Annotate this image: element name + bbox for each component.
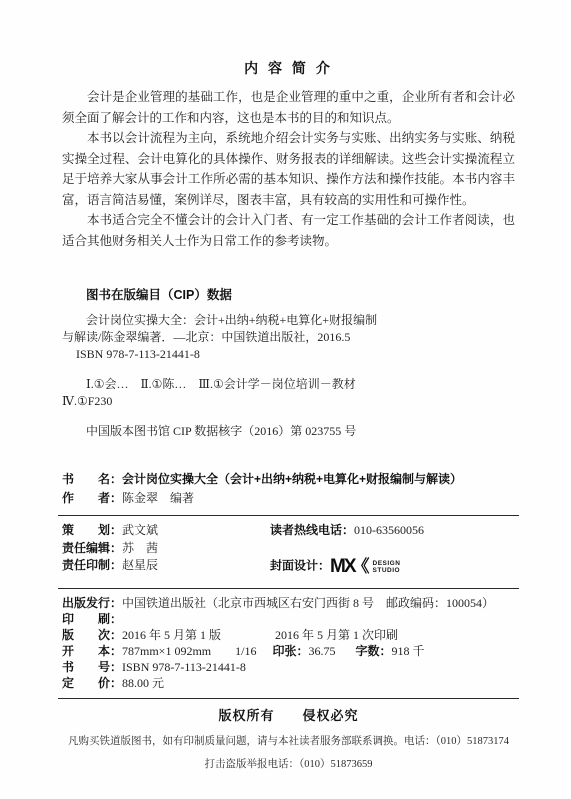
isbn-label: 书 号：: [62, 660, 122, 674]
piracy-hotline-note: 打击盗版举报电话：（010）51873659: [62, 756, 515, 771]
book-title-label: 书 名：: [62, 472, 122, 486]
logo-word-studio: STUDIO: [373, 567, 401, 574]
cip-line: 与解读/陈金翠编著．—北京：中国铁道出版社，2016.5: [62, 329, 515, 346]
printer-row: 责任印制：赵星辰 封面设计：MX《DESIGNSTUDIO: [62, 557, 515, 581]
price-row: 定 价：88.00 元: [62, 675, 515, 691]
edition-value: 2016 年 5 月第 1 版: [122, 628, 221, 642]
isbn-value: ISBN 978-7-113-21441-8: [122, 660, 246, 674]
publisher-label: 出版发行：: [62, 596, 122, 610]
cover-design-label: 封面设计：: [270, 558, 330, 572]
publishing-section: 出版发行：中国铁道出版社（北京市西城区右安门西街 8 号 邮政编码：100054…: [62, 595, 515, 691]
format-label: 开 本：: [62, 644, 122, 658]
planner-row: 策 划：武文斌 读者热线电话：010-63560056: [62, 522, 515, 540]
format-row: 开 本：787mm×1 092mm 1/16印张：36.75字数：918 千: [62, 643, 515, 659]
price-label: 定 价：: [62, 676, 122, 690]
editor-label: 责任编辑：: [62, 541, 122, 555]
book-info-section: 书 名：会计岗位实操大全（会计+出纳+纳税+电算化+财报编制与解读） 作 者：陈…: [62, 470, 515, 508]
printer-label: 责任印制：: [62, 558, 122, 572]
impression-value: 2016 年 5 月第 1 次印刷: [275, 627, 398, 643]
mx-design-studio-logo: MX《DESIGNSTUDIO: [330, 557, 400, 576]
book-copyright-page: 内 容 简 介 会计是企业管理的基础工作，也是企业管理的重中之重，企业所有者和会…: [0, 0, 571, 799]
cover-design: 封面设计：MX《DESIGNSTUDIO: [270, 557, 400, 576]
summary-paragraph: 本书以会计流程为主向，系统地介绍会计实务与实账、出纳实务与实账、纳税实操全过程、…: [62, 128, 515, 210]
divider-rule: [58, 588, 519, 589]
edition-row: 版 次：2016 年 5 月第 1 版2016 年 5 月第 1 次印刷: [62, 627, 515, 643]
publisher-value: 中国铁道出版社（北京市西城区右安门西街 8 号 邮政编码：100054）: [122, 596, 494, 610]
sheets-value: 36.75: [308, 644, 335, 658]
double-chevron-icon: 《: [353, 558, 370, 575]
content-summary-section: 内 容 简 介 会计是企业管理的基础工作，也是企业管理的重中之重，企业所有者和会…: [62, 58, 515, 251]
printing-row: 印 刷：: [62, 611, 515, 627]
staff-section: 策 划：武文斌 读者热线电话：010-63560056 责任编辑：苏 茜 责任印…: [62, 522, 515, 581]
isbn-row: 书 号：ISBN 978-7-113-21441-8: [62, 659, 515, 675]
planner-label: 策 划：: [62, 523, 122, 537]
price-value: 88.00 元: [122, 676, 164, 690]
mx-logo-letters: MX: [330, 557, 355, 576]
planner-name: 武文斌: [122, 523, 158, 537]
hotline-label: 读者热线电话：: [270, 523, 354, 537]
summary-paragraph: 会计是企业管理的基础工作，也是企业管理的重中之重，企业所有者和会计必须全面了解会…: [62, 87, 515, 128]
printer-name: 赵星辰: [122, 558, 158, 572]
divider-rule: [58, 698, 519, 699]
summary-paragraph: 本书适合完全不懂会计的会计入门者、有一定工作基础的会计工作者阅读，也适合其他财务…: [62, 210, 515, 251]
hotline: 读者热线电话：010-63560056: [270, 522, 424, 540]
book-title-row: 书 名：会计岗位实操大全（会计+出纳+纳税+电算化+财报编制与解读）: [62, 470, 515, 489]
logo-wordmark: DESIGNSTUDIO: [373, 560, 401, 574]
copyright-footer: 版权所有 侵权必究 凡购买铁道版图书，如有印制质量问题，请与本社读者服务部联系调…: [62, 705, 515, 771]
cip-classification: Ⅳ.①F230: [62, 393, 515, 410]
cip-line: 会计岗位实操大全：会计+出纳+纳税+电算化+财报编制: [62, 312, 515, 329]
edition-label: 版 次：: [62, 628, 122, 642]
hotline-number: 010-63560056: [354, 523, 424, 537]
logo-word-design: DESIGN: [373, 560, 401, 567]
copyright-notice: 版权所有 侵权必究: [62, 705, 515, 724]
content-summary-title: 内 容 简 介: [62, 58, 515, 78]
editor-row: 责任编辑：苏 茜: [62, 540, 515, 558]
wordcount-value: 918 千: [392, 644, 425, 658]
book-author-value: 陈金翠 编著: [122, 491, 194, 505]
book-author-row: 作 者：陈金翠 编著: [62, 489, 515, 508]
divider-rule: [58, 515, 519, 516]
sheets-label: 印张：: [272, 644, 308, 658]
editor-name: 苏 茜: [122, 541, 158, 555]
cip-section: 图书在版编目（CIP）数据 会计岗位实操大全：会计+出纳+纳税+电算化+财报编制…: [62, 285, 515, 440]
book-title-value: 会计岗位实操大全（会计+出纳+纳税+电算化+财报编制与解读）: [122, 472, 462, 486]
publisher-row: 出版发行：中国铁道出版社（北京市西城区右安门西街 8 号 邮政编码：100054…: [62, 595, 515, 611]
quality-note: 凡购买铁道版图书，如有印制质量问题，请与本社读者服务部联系调换。电话：（010）…: [62, 733, 515, 748]
cip-record-number: 中国版本图书馆 CIP 数据核字（2016）第 023755 号: [62, 423, 515, 440]
format-value: 787mm×1 092mm 1/16: [122, 644, 256, 658]
printing-label: 印 刷：: [62, 612, 122, 626]
wordcount-label: 字数：: [355, 644, 391, 658]
cip-classification: Ⅰ.①会… Ⅱ.①陈… Ⅲ.①会计学－岗位培训－教材: [62, 376, 515, 393]
cip-heading: 图书在版编目（CIP）数据: [86, 285, 515, 303]
cip-isbn: ISBN 978-7-113-21441-8: [62, 346, 515, 363]
book-author-label: 作 者：: [62, 491, 122, 505]
